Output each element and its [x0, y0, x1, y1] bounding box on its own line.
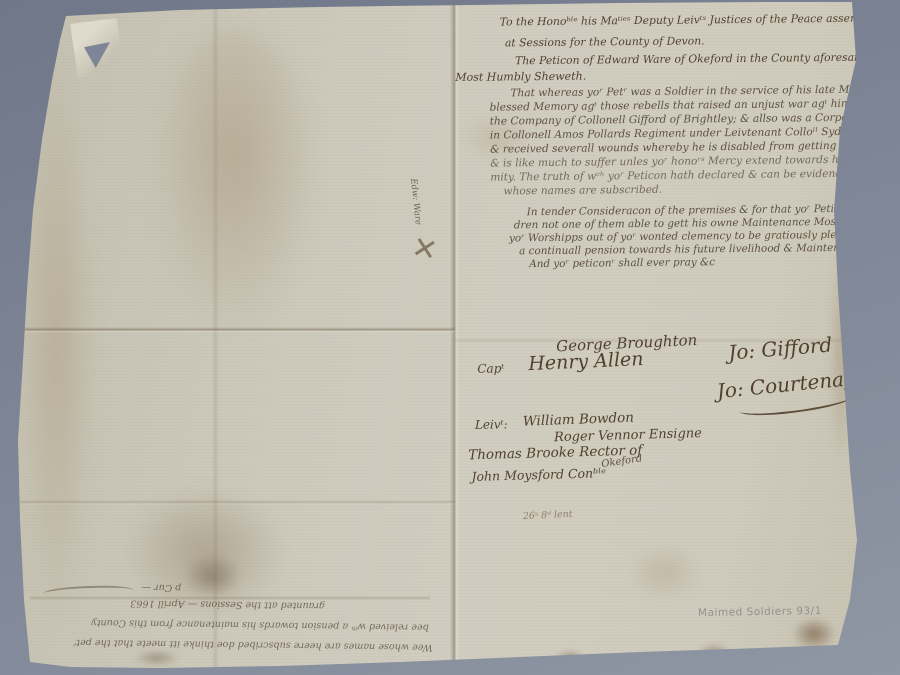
signature-rank-leivt: Leivᵗ:	[475, 417, 508, 431]
petition-body-line: & is like much to suffer unles yoʳ honoʳ…	[490, 153, 900, 170]
endorsement-line: bee releived wᵗʰ a pension towards his m…	[91, 617, 429, 633]
petition-heading-line: To the Honoᵇˡᵉ his Maᵗⁱᵉˢ Deputy Leivᵗˢ …	[500, 11, 884, 28]
endorsement-flourish	[43, 584, 133, 599]
signature-jo-gifford: Jo: Gifford	[727, 332, 833, 364]
clerk-note: 26ˢ 8ᵈ lent	[523, 509, 573, 522]
petition-body-line: In tender Consideracon of the premises &…	[527, 201, 900, 218]
signature-henry-allen: Henry Allen	[528, 348, 644, 375]
petition-body-line: mity. The truth of wᶜʰ yoʳ Peticon hath …	[490, 167, 900, 184]
endorsement-line: graunted att the Sessions — Aprill 1663	[130, 598, 325, 612]
petition-body-line: & received severall wounds whereby he is…	[490, 139, 900, 155]
signature-jo-courtenay: Jo: Courtenay	[716, 366, 857, 403]
petition-salutation: Most Humbly Sheweth.	[455, 70, 586, 84]
reverse-endorsement-block: Wee whose names are heere subscribed doe…	[37, 571, 433, 655]
petition-heading-line: The Peticon of Edward Ware of Okeford in…	[515, 51, 865, 68]
petition-closing: And yoʳ peticonʳ shall ever pray &c	[529, 256, 715, 270]
signature-william-bowdon: William Bowdon	[523, 410, 635, 430]
endorsement-line: Wee whose names are heere subscribed doe…	[73, 637, 433, 653]
pencil-reference: Maimed Soldiers 93/1	[698, 605, 822, 619]
signature-rank-capt: Capᵗ	[477, 361, 504, 375]
signature-john-moysford: John Moysford Conᵇˡᵉ	[471, 465, 606, 484]
petition-body-line: a continuall pension towards his future …	[519, 242, 868, 258]
petition-body-line: the Company of Collonell Gifford of Brig…	[490, 112, 866, 128]
photograph-of-petition: To the Honoᵇˡᵉ his Maᵗⁱᵉˢ Deputy Leivᵗˢ …	[0, 0, 900, 675]
petition-paper: To the Honoᵇˡᵉ his Maᵗⁱᵉˢ Deputy Leivᵗˢ …	[0, 0, 900, 675]
petition-heading-line: at Sessions for the County of Devon.	[505, 34, 705, 49]
petition-body-line: whose names are subscribed.	[503, 184, 662, 198]
endorsement-line: p Cur —	[141, 582, 181, 594]
